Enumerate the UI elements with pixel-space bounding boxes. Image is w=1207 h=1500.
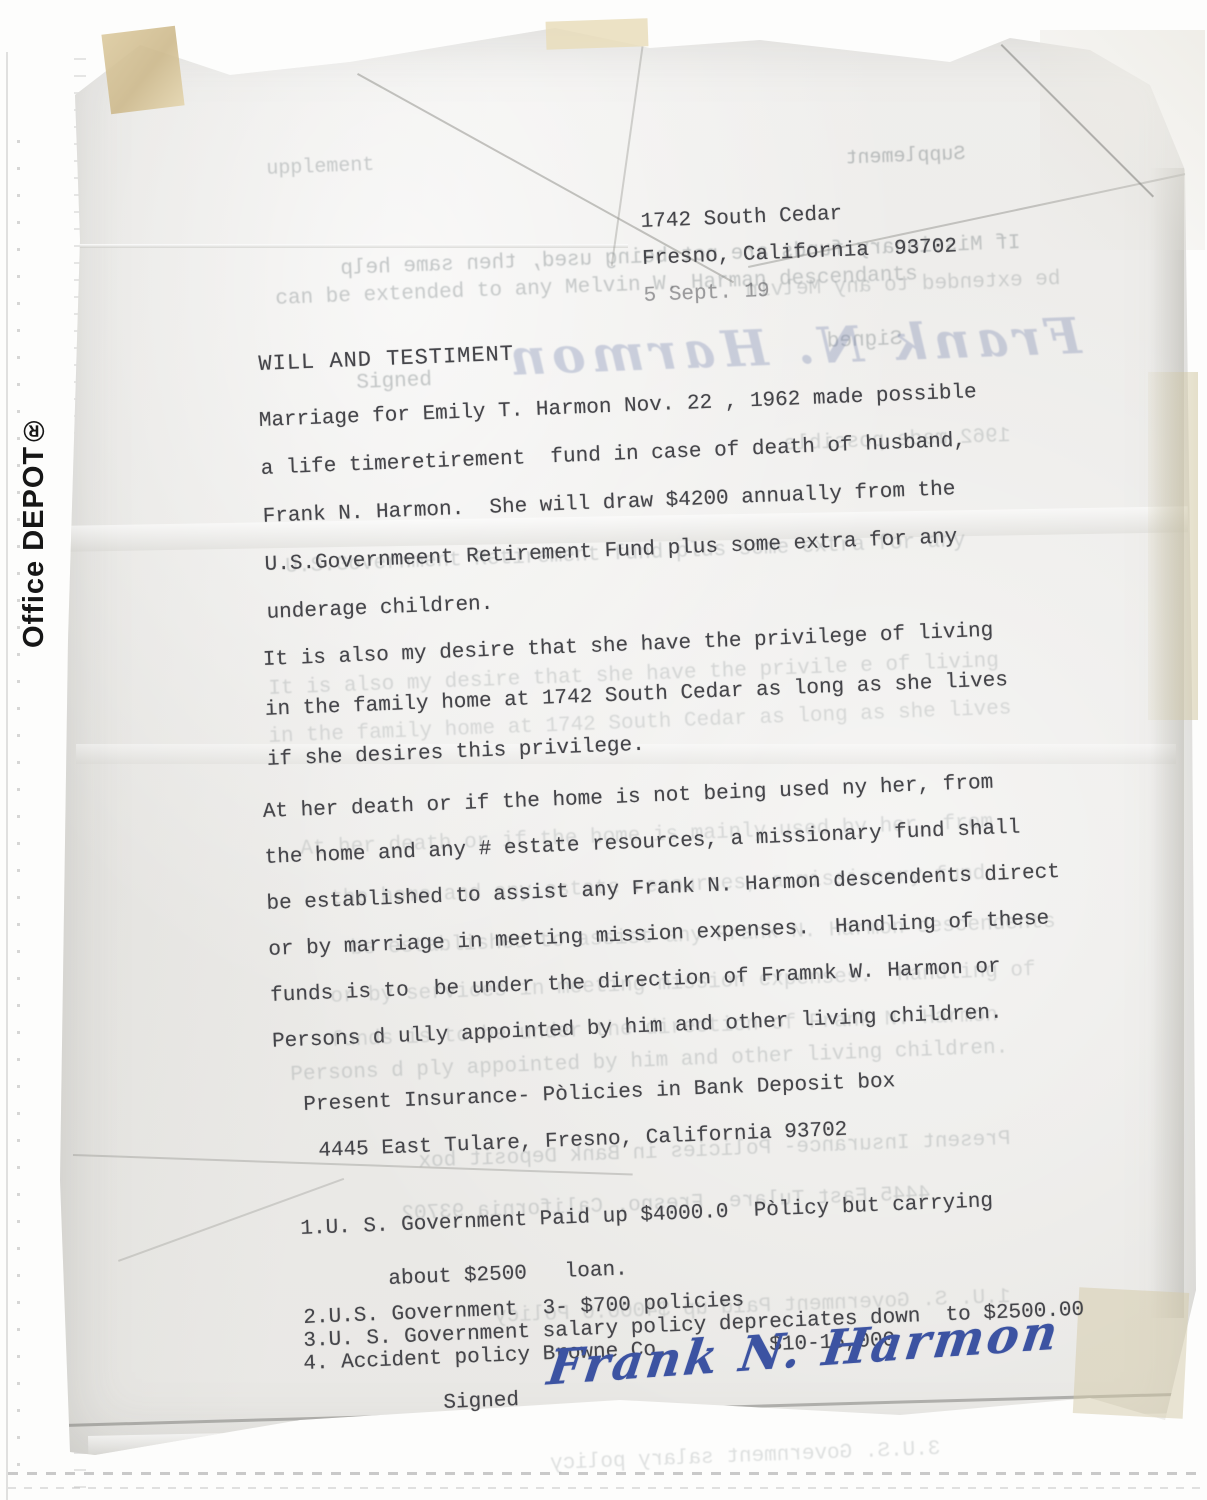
ghost-text-line: 3.U.S. Government salary policy (550, 1438, 941, 1476)
aged-tape-right-edge (1148, 372, 1198, 720)
crease-line (611, 36, 645, 266)
address-block: 1742 South CedarFresno, California 93702… (640, 191, 959, 315)
tape-top-center (546, 18, 649, 50)
ghost-text-line: upplement (266, 154, 375, 181)
aged-tape-bottom-right (1073, 1287, 1189, 1419)
crease-line (68, 244, 628, 248)
paragraph-residence: It is also my desire that she have the p… (262, 606, 1011, 786)
paper-bottom-fold (63, 1392, 1193, 1427)
paragraph-marriage: Marriage for Emily T. Harmon Nov. 22 , 1… (258, 369, 985, 638)
sleeve-bottom-seam-2 (8, 1487, 1200, 1489)
paper-right-edge-shadow (1150, 168, 1184, 1318)
office-depot-logo: Office DEPOT® (18, 408, 60, 648)
ghost-text-line: Supplement (845, 143, 966, 171)
paragraph-missionary-fund: At her death or if the home is not being… (262, 758, 1066, 1066)
tape-top-left (101, 26, 184, 114)
signed-label: Signed (443, 1389, 519, 1415)
scanned-document-page: Office DEPOT® SupplementupplementIf Miss… (0, 0, 1207, 1500)
sleeve-left-edge (6, 52, 8, 1500)
sleeve-binder-perforations (17, 140, 20, 1480)
sleeve-corner-fold (1040, 30, 1205, 250)
